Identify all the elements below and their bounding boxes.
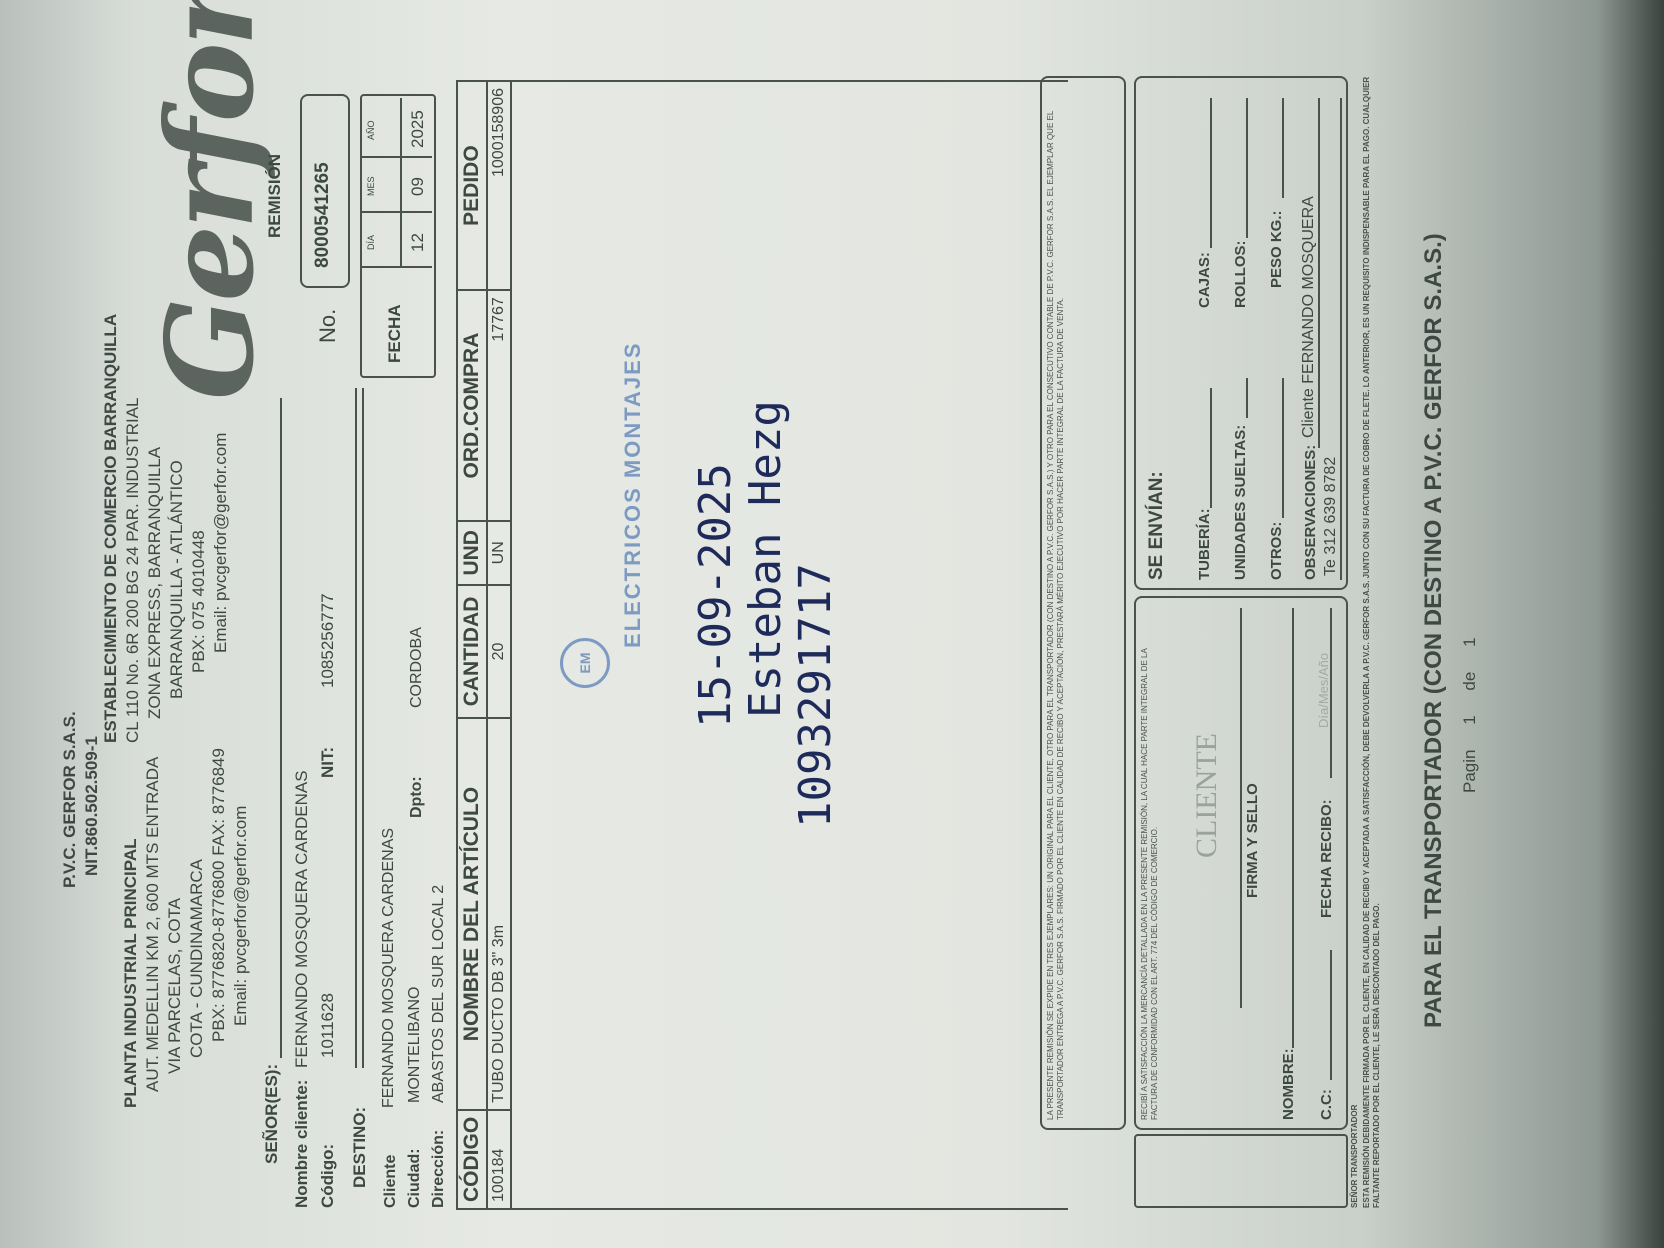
fecha-recibo-label: FECHA RECIBO: — [1318, 799, 1335, 918]
ciudad-label: Ciudad: — [406, 1148, 424, 1208]
unidades-label: UNIDADES SUELTAS: — [1232, 425, 1249, 580]
nombre-label: NOMBRE: — [1280, 1048, 1297, 1120]
rollos-label: ROLLOS: — [1232, 241, 1249, 309]
remision-number: 8000541265 — [312, 162, 334, 268]
fecha-label: FECHA — [385, 304, 405, 363]
firma-label: FIRMA Y SELLO — [1244, 783, 1261, 898]
dpto-value: CORDOBA — [408, 627, 426, 708]
stamp-logo: EM — [560, 638, 610, 688]
items-header-row: CÓDIGO NOMBRE DEL ARTÍCULO CANTIDAD UND … — [457, 81, 487, 1209]
remision-no-label: No. — [315, 309, 341, 343]
cliente-watermark: CLIENTE — [1190, 733, 1224, 858]
item-order: 1000158906 — [487, 81, 511, 290]
items-table: CÓDIGO NOMBRE DEL ARTÍCULO CANTIDAD UND … — [456, 80, 512, 1210]
item-quantity: 20 — [487, 585, 511, 719]
handwritten-date: 15-09-2025 — [690, 463, 741, 728]
handwritten-id: 1093291717 — [790, 563, 841, 828]
page-of: de — [1460, 672, 1479, 691]
senores-label: SEÑOR(ES): — [262, 1064, 282, 1164]
col-nombre: NOMBRE DEL ARTÍCULO — [457, 718, 487, 1110]
receipt-notice: RECIBÍ A SATISFACCIÓN LA MERCANCÍA DETAL… — [1140, 610, 1160, 1120]
shipment-title: SE ENVÍAN: — [1146, 471, 1168, 580]
transport-side-label: SEÑOR TRANSPORTADOR — [1350, 1105, 1360, 1208]
client-name-label: Nombre cliente: — [292, 1080, 312, 1208]
footer-title: PARA EL TRANSPORTADOR (CON DESTINO A P.V… — [1420, 233, 1448, 1028]
transport-note: ESTA REMISIÓN DEBIDAMENTE FIRMADA POR EL… — [1362, 48, 1382, 1208]
destino-cliente: FERNANDO MOSQUERA CARDENAS — [380, 828, 398, 1108]
client-code: 1011628 — [318, 993, 338, 1058]
col-pedido: PEDIDO — [457, 81, 487, 290]
plant-block: PLANTA INDUSTRIAL PRINCIPAL AUT. MEDELLI… — [120, 748, 252, 1108]
tuberia-label: TUBERÍA: — [1196, 508, 1213, 580]
fecha-recibo-hint: Día/Mes/Año — [1316, 653, 1331, 728]
branch-title: ESTABLECIMIENTO DE COMERCIO BARRANQUILLA — [100, 314, 122, 743]
cc-label: C.C: — [1318, 1089, 1335, 1120]
col-cantidad: CANTIDAD — [457, 585, 487, 719]
gerfor-logo: Gerfor — [140, 0, 281, 400]
dpto-label: Dpto: — [408, 776, 426, 818]
year-header: AÑO — [366, 120, 376, 140]
item-unit: UN — [487, 521, 511, 585]
stamp-text: ELECTRICOS MONTAJES — [620, 341, 646, 648]
plant-address: AUT. MEDELLIN KM 2, 600 MTS ENTRADA — [142, 748, 164, 1092]
document-body: P.V.C. GERFOR S.A.S. NIT.860.502.509-1 P… — [0, 0, 1664, 1248]
company-name: P.V.C. GERFOR S.A.S. — [60, 711, 80, 888]
day-header: DÍA — [366, 235, 376, 250]
observaciones-line1: Cliente FERNANDO MOSQUERA — [1300, 196, 1318, 438]
legal-text: LA PRESENTE REMISIÓN SE EXPIDE EN TRES E… — [1046, 90, 1066, 1120]
observaciones-label: OBSERVACIONES: — [1302, 445, 1319, 580]
page-total: 1 — [1460, 637, 1479, 646]
item-code: 100184 — [487, 1110, 511, 1209]
direccion-label: Dirección: — [430, 1130, 448, 1208]
page-number: 1 — [1460, 715, 1479, 724]
client-nit: 1085256777 — [318, 593, 338, 688]
date-day: 12 — [408, 233, 428, 252]
direccion-value: ABASTOS DEL SUR LOCAL 2 — [430, 885, 448, 1103]
col-ord-compra: ORD.COMPRA — [457, 290, 487, 521]
plant-phone: PBX: 8776820-8776800 FAX: 8776849 — [208, 748, 230, 1042]
ciudad-value: MONTELIBANO — [406, 987, 424, 1103]
col-codigo: CÓDIGO — [457, 1110, 487, 1209]
plant-address: VIA PARCELAS, COTA — [164, 748, 186, 1074]
col-und: UND — [457, 521, 487, 585]
otros-label: OTROS: — [1268, 522, 1285, 580]
client-code-label: Código: — [318, 1144, 338, 1208]
peso-label: PESO KG.: — [1268, 210, 1285, 288]
remision-title: REMISIÓN — [265, 154, 285, 238]
plant-city: COTA - CUNDINAMARCA — [186, 748, 208, 1058]
company-nit: NIT.860.502.509-1 — [82, 736, 102, 876]
handwritten-name: Esteban Hezg — [740, 400, 791, 718]
table-row: 100184 TUBO DUCTO DB 3" 3m 20 UN 17767 1… — [487, 81, 511, 1209]
cajas-label: CAJAS: — [1196, 252, 1213, 308]
client-name: FERNANDO MOSQUERA CARDENAS — [292, 770, 312, 1068]
date-year: 2025 — [408, 110, 428, 148]
observaciones-line2: Te 312 639 8782 — [1322, 457, 1340, 576]
transport-side-box — [1134, 1134, 1348, 1208]
item-purchase-order: 17767 — [487, 290, 511, 521]
page-indicator: Pagin 1 de 1 — [1460, 637, 1480, 793]
plant-title: PLANTA INDUSTRIAL PRINCIPAL — [120, 748, 142, 1108]
destino-cliente-label: Cliente — [382, 1155, 400, 1208]
plant-email: Email: pvcgerfor@gerfor.com — [230, 748, 252, 1026]
client-nit-label: NIT: — [318, 747, 338, 778]
month-header: MES — [366, 176, 376, 196]
date-month: 09 — [408, 177, 428, 196]
item-name: TUBO DUCTO DB 3" 3m — [487, 718, 511, 1110]
destino-label: DESTINO: — [350, 1107, 370, 1188]
page-label: Pagin — [1460, 750, 1479, 793]
